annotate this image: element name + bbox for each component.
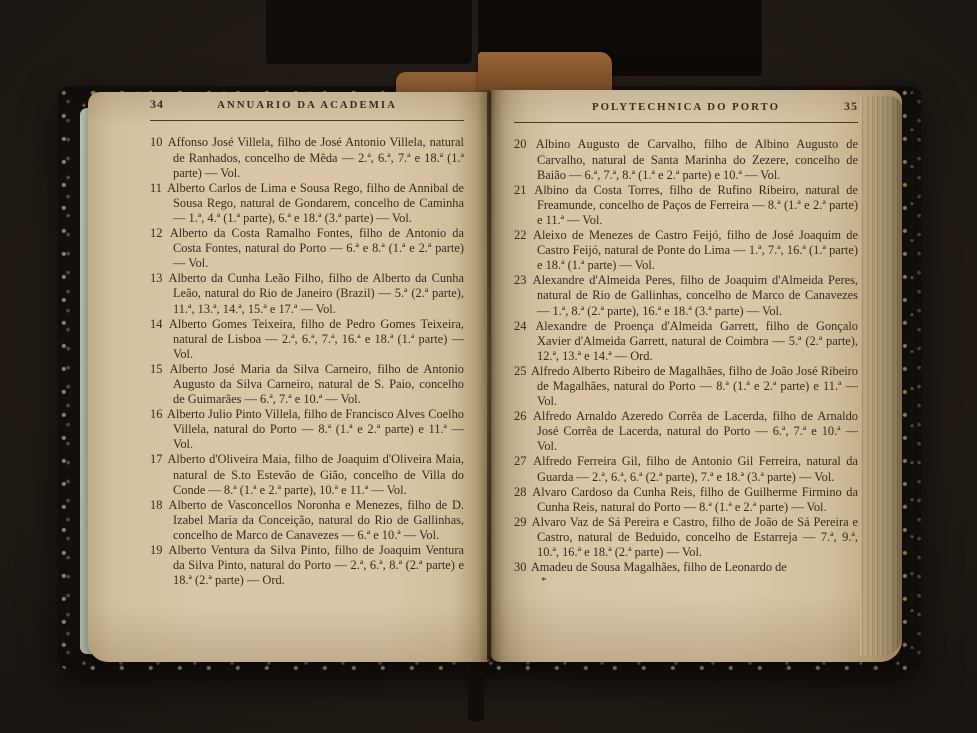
catalog-entry: 26 Alfredo Arnaldo Azeredo Corrêa de Lac… <box>514 409 858 454</box>
entry-number: 25 <box>514 364 526 378</box>
entry-text: Alvaro Cardoso da Cunha Reis, filho de G… <box>532 485 858 514</box>
catalog-entry: 21 Albino da Costa Torres, filho de Rufi… <box>514 183 858 228</box>
signature-mark: * <box>541 576 858 587</box>
entry-text: Alexandre d'Almeida Peres, filho de Joaq… <box>533 273 858 317</box>
spine-bottom-edge <box>468 656 484 722</box>
catalog-entry: 18 Alberto de Vasconcellos Noronha e Men… <box>150 498 464 543</box>
entry-text: Alberto de Vasconcellos Noronha e Meneze… <box>169 498 465 542</box>
entries-list: 20 Albino Augusto de Carvalho, filho de … <box>514 137 858 587</box>
entry-text: Alberto da Costa Ramalho Fontes, filho d… <box>170 226 464 270</box>
catalog-entry: 13 Alberto da Cunha Leão Filho, filho de… <box>150 271 464 316</box>
entry-number: 15 <box>150 362 162 376</box>
entry-text: Alberto Gomes Teixeira, filho de Pedro G… <box>169 317 464 361</box>
catalog-entry: 25 Alfredo Alberto Ribeiro de Magalhães,… <box>514 364 858 409</box>
left-page-header: 34 ANNUARIO DA ACADEMIA <box>150 97 464 113</box>
catalog-entry: 14 Alberto Gomes Teixeira, filho de Pedr… <box>150 317 464 362</box>
left-page-text: 34 ANNUARIO DA ACADEMIA 10 Affonso José … <box>150 97 464 588</box>
catalog-entry: 27 Alfredo Ferreira Gil, filho de Antoni… <box>514 454 858 484</box>
entry-number: 22 <box>514 228 526 242</box>
entry-text: Albino Augusto de Carvalho, filho de Alb… <box>536 137 858 181</box>
entry-number: 16 <box>150 407 162 421</box>
entry-number: 17 <box>150 452 162 466</box>
entry-number: 28 <box>514 485 526 499</box>
page-number: 35 <box>816 99 858 114</box>
entry-text: Amadeu de Sousa Magalhães, filho de Leon… <box>531 560 787 574</box>
entry-text: Alvaro Vaz de Sá Pereira e Castro, filho… <box>532 515 858 559</box>
book-photo: 34 ANNUARIO DA ACADEMIA 10 Affonso José … <box>0 0 977 733</box>
entry-text: Aleixo de Menezes de Castro Feijó, filho… <box>533 228 858 272</box>
catalog-entry: 30 Amadeu de Sousa Magalhães, filho de L… <box>514 560 858 575</box>
catalog-entry: 19 Alberto Ventura da Silva Pinto, filho… <box>150 543 464 588</box>
right-page-header: POLYTECHNICA DO PORTO 35 <box>514 99 858 115</box>
catalog-entry: 24 Alexandre de Proença d'Almeida Garret… <box>514 319 858 364</box>
entry-text: Alfredo Arnaldo Azeredo Corrêa de Lacerd… <box>533 409 858 453</box>
right-page-text: POLYTECHNICA DO PORTO 35 20 Albino Augus… <box>514 99 858 587</box>
entry-number: 23 <box>514 273 526 287</box>
entry-number: 27 <box>514 454 526 468</box>
catalog-entry: 11 Alberto Carlos de Lima e Sousa Rego, … <box>150 181 464 226</box>
page-number: 34 <box>150 97 192 112</box>
entry-number: 20 <box>514 137 526 151</box>
page-stack-edge <box>860 96 902 656</box>
header-rule <box>514 122 858 123</box>
entry-text: Alberto Julio Pinto Villela, filho de Fr… <box>167 407 464 451</box>
catalog-entry: 10 Affonso José Villela, filho de José A… <box>150 135 464 180</box>
catalog-entry: 20 Albino Augusto de Carvalho, filho de … <box>514 137 858 182</box>
entry-text: Alberto da Cunha Leão Filho, filho de Al… <box>169 271 464 315</box>
entry-text: Albino da Costa Torres, filho de Rufino … <box>534 183 858 227</box>
entry-number: 10 <box>150 135 162 149</box>
entries-list: 10 Affonso José Villela, filho de José A… <box>150 135 464 588</box>
entry-number: 19 <box>150 543 162 557</box>
catalog-entry: 23 Alexandre d'Almeida Peres, filho de J… <box>514 273 858 318</box>
entry-text: Alexandre de Proença d'Almeida Garrett, … <box>535 319 858 363</box>
catalog-entry: 17 Alberto d'Oliveira Maia, filho de Joa… <box>150 452 464 497</box>
entry-number: 14 <box>150 317 162 331</box>
entry-number: 24 <box>514 319 526 333</box>
entry-number: 26 <box>514 409 526 423</box>
entry-text: Alfredo Alberto Ribeiro de Magalhães, fi… <box>531 364 858 408</box>
entry-text: Affonso José Villela, filho de José Anto… <box>168 135 464 179</box>
entry-number: 30 <box>514 560 526 574</box>
running-title: ANNUARIO DA ACADEMIA <box>192 98 422 113</box>
entry-number: 11 <box>150 181 162 195</box>
top-board-edge-left <box>266 0 472 64</box>
entry-text: Alberto d'Oliveira Maia, filho de Joaqui… <box>167 452 464 496</box>
entry-number: 21 <box>514 183 526 197</box>
entry-text: Alberto Carlos de Lima e Sousa Rego, fil… <box>167 181 464 225</box>
entry-text: Alfredo Ferreira Gil, filho de Antonio G… <box>533 454 858 483</box>
catalog-entry: 28 Alvaro Cardoso da Cunha Reis, filho d… <box>514 485 858 515</box>
catalog-entry: 29 Alvaro Vaz de Sá Pereira e Castro, fi… <box>514 515 858 560</box>
catalog-entry: 22 Aleixo de Menezes de Castro Feijó, fi… <box>514 228 858 273</box>
header-rule <box>150 120 464 121</box>
entry-number: 29 <box>514 515 526 529</box>
entry-number: 13 <box>150 271 162 285</box>
entry-number: 12 <box>150 226 162 240</box>
entry-number: 18 <box>150 498 162 512</box>
entry-text: Alberto José Maria da Silva Carneiro, fi… <box>170 362 464 406</box>
catalog-entry: 12 Alberto da Costa Ramalho Fontes, filh… <box>150 226 464 271</box>
catalog-entry: 16 Alberto Julio Pinto Villela, filho de… <box>150 407 464 452</box>
running-title: POLYTECHNICA DO PORTO <box>556 100 816 115</box>
catalog-entry: 15 Alberto José Maria da Silva Carneiro,… <box>150 362 464 407</box>
entry-text: Alberto Ventura da Silva Pinto, filho de… <box>168 543 464 587</box>
